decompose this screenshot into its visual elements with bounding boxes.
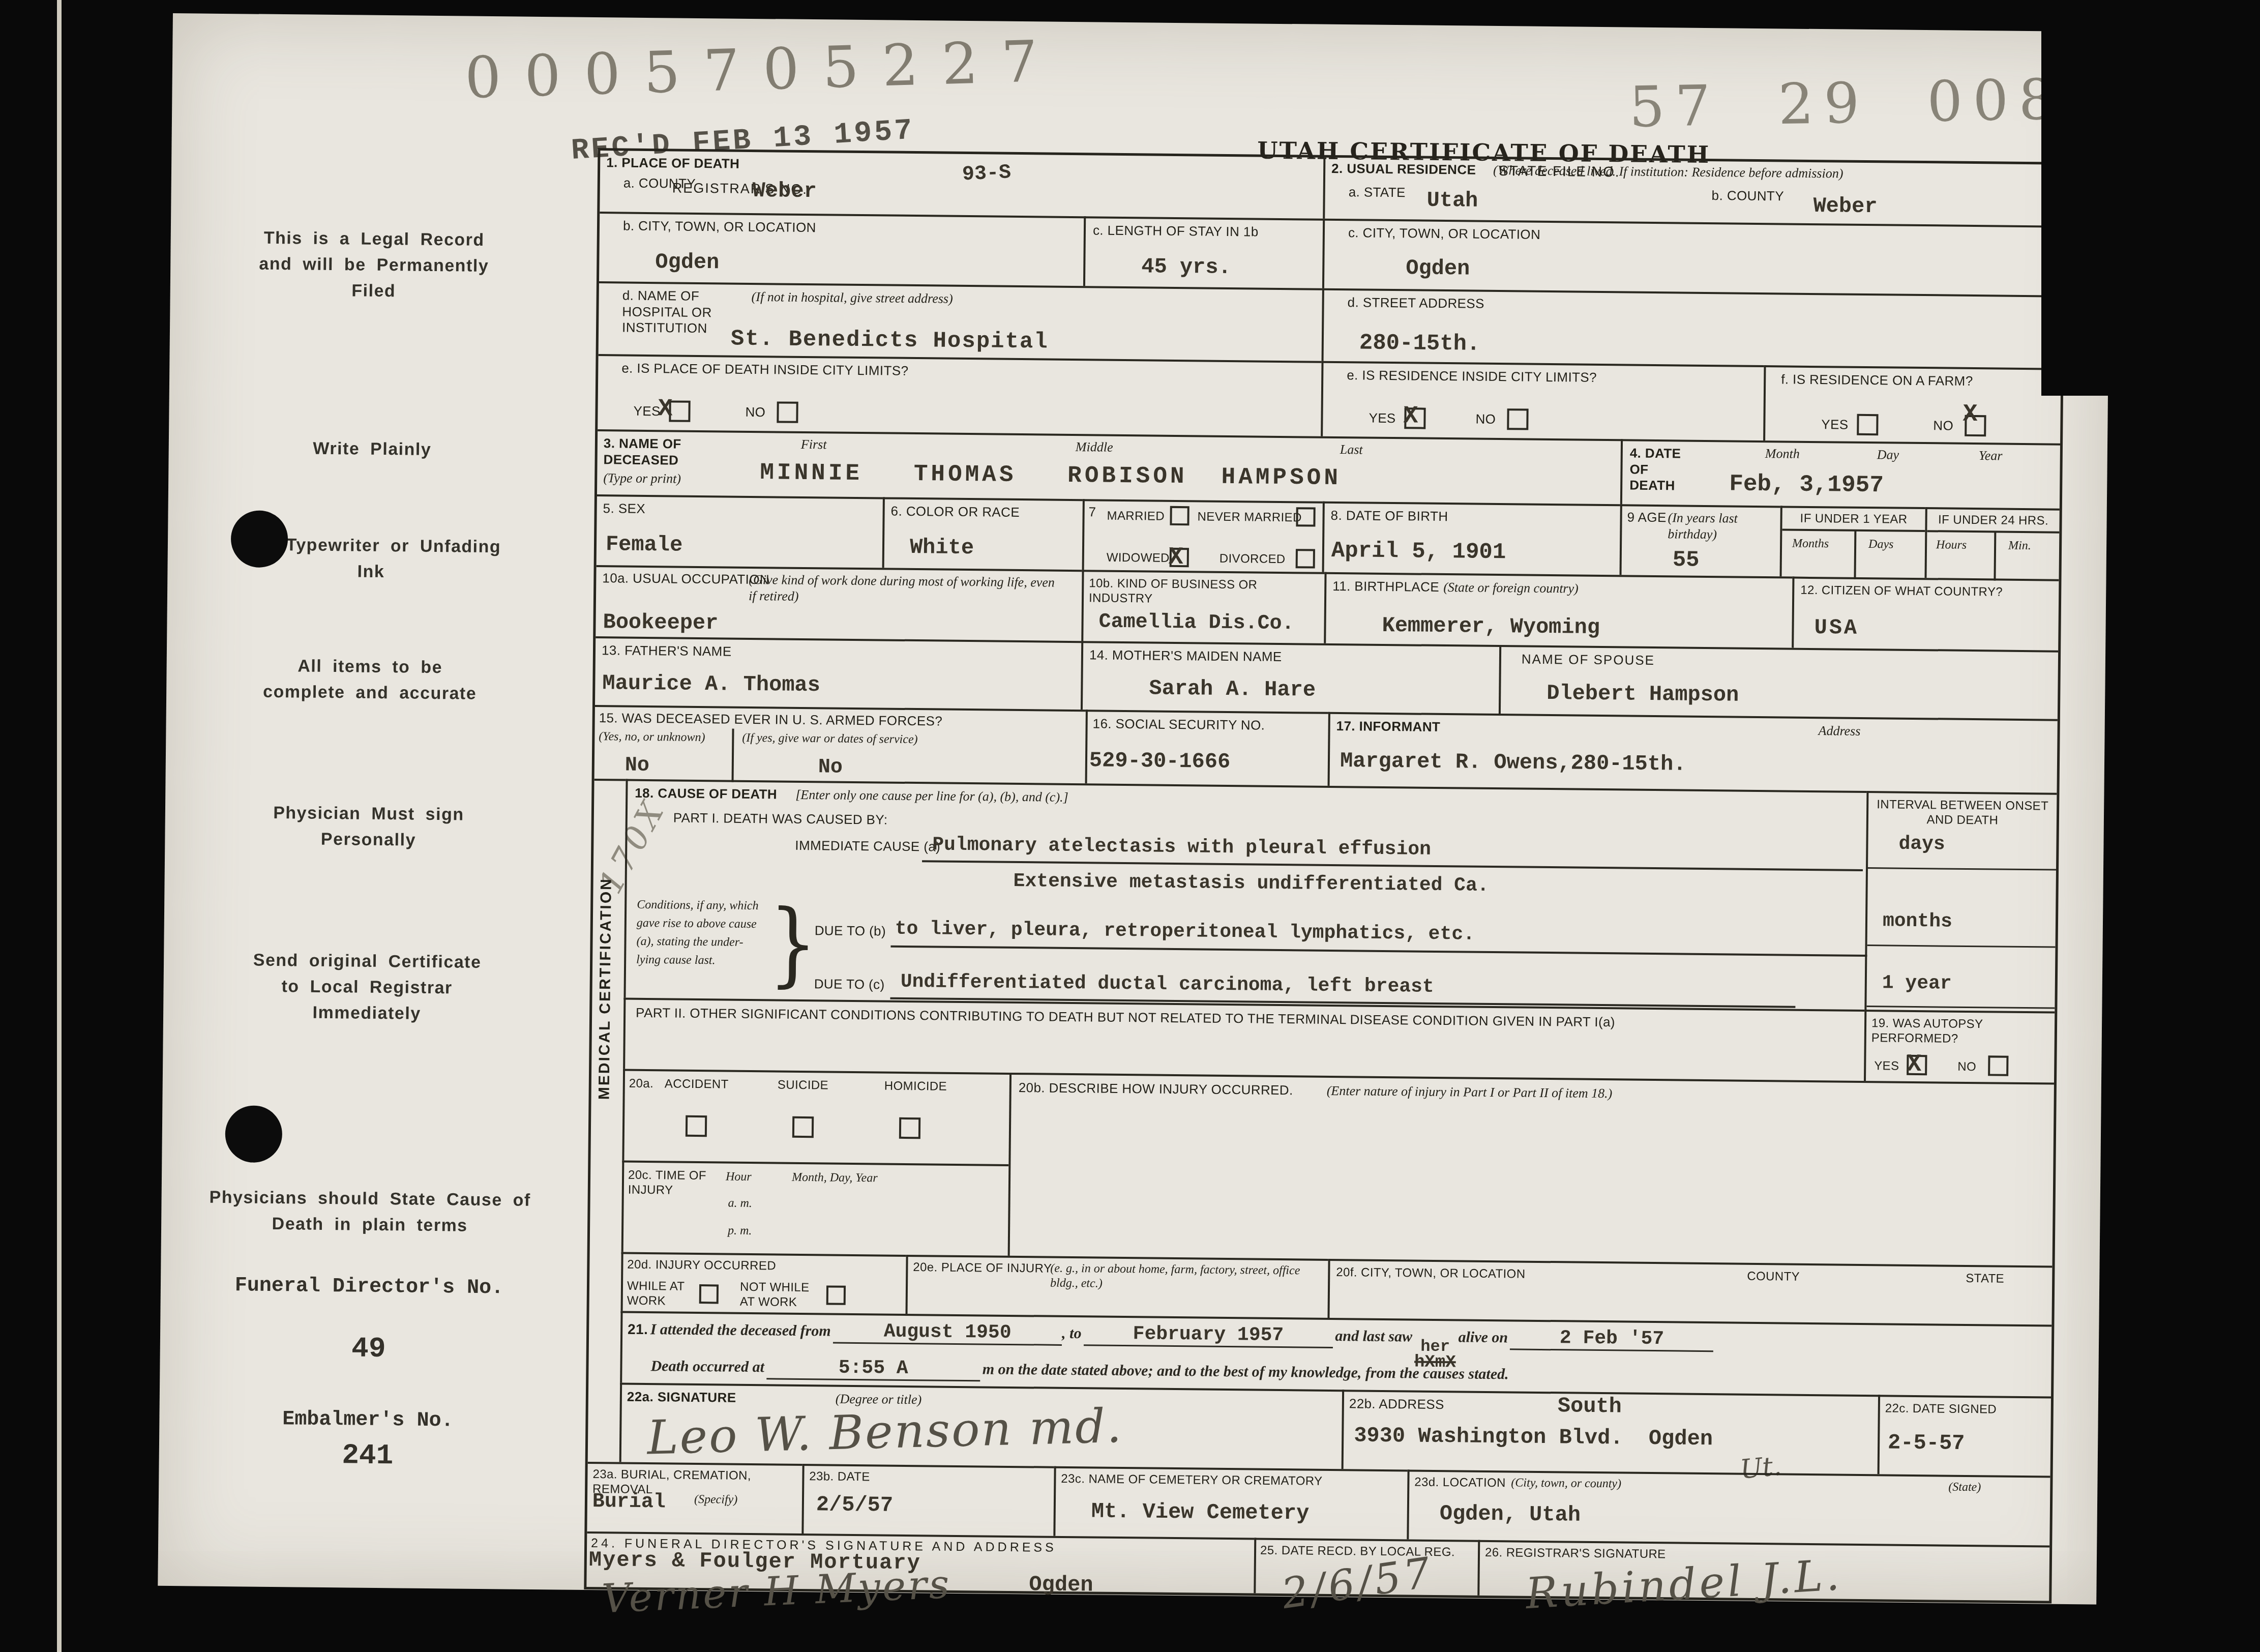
registrar-signature-label: 26. REGISTRAR'S SIGNATURE xyxy=(1485,1545,1666,1562)
field-burial-type: 23a. BURIAL, CREMATION, REMOVAL (Specify… xyxy=(587,1462,802,1533)
field-hospital: d. NAME OF HOSPITAL OR INSTITUTION (If n… xyxy=(599,281,1322,361)
ssn-label: 16. SOCIAL SECURITY NO. xyxy=(1093,716,1265,733)
physician-address-label: 22b. ADDRESS xyxy=(1349,1396,1444,1413)
days-label: Days xyxy=(1868,537,1894,552)
field-death-city-limits: e. IS PLACE OF DEATH INSIDE CITY LIMITS?… xyxy=(598,354,1321,436)
field-name-of-spouse: NAME OF SPOUSE Dlebert Hampson xyxy=(1499,645,2058,719)
field-death-city: b. CITY, TOWN, OR LOCATION Ogden xyxy=(599,212,1084,286)
birthplace-label: 11. BIRTHPLACE xyxy=(1332,578,1439,596)
hospital-label: d. NAME OF HOSPITAL OR INSTITUTION xyxy=(622,288,739,337)
field-name-of-deceased: 3. NAME OF DECEASED (Type or print) Firs… xyxy=(597,429,1621,504)
suicide-label: SUICIDE xyxy=(778,1078,828,1093)
age-hint: (In years last birthday) xyxy=(1668,510,1775,543)
cause-title-hint: [Enter only one cause per line for (a), … xyxy=(795,787,1068,806)
field-part2-conditions: PART II. OTHER SIGNIFICANT CONDITIONS CO… xyxy=(623,998,1864,1081)
spouse-value: Dlebert Hampson xyxy=(1547,681,1739,707)
scan-dark-notch-right xyxy=(2202,1058,2260,1237)
widowed-mark: X xyxy=(1169,544,1183,571)
never-married-label: NEVER MARRIED xyxy=(1197,509,1302,525)
burial-date-label: 23b. DATE xyxy=(809,1469,870,1484)
date-signed-value: 2-5-57 xyxy=(1888,1431,1965,1456)
margin-note-complete-accurate: All items to be complete and accurate xyxy=(258,653,482,707)
field-fathers-name: 13. FATHER'S NAME Maurice A. Thomas xyxy=(595,636,1081,710)
field-mothers-maiden-name: 14. MOTHER'S MAIDEN NAME Sarah A. Hare xyxy=(1081,641,1499,714)
not-while-at-work-checkbox xyxy=(826,1285,846,1305)
farm-yes-checkbox xyxy=(1857,414,1878,435)
autopsy-no-label: NO xyxy=(1957,1059,1976,1075)
informant-value: Margaret R. Owens,280-15th. xyxy=(1340,749,1686,777)
due-to-c-label: DUE TO (c) xyxy=(814,976,885,993)
residence-state-value: Utah xyxy=(1426,188,1478,213)
field-residence-city-limits: e. IS RESIDENCE INSIDE CITY LIMITS? YES … xyxy=(1321,361,1764,440)
field-informant: 17. INFORMANT Address Margaret R. Owens,… xyxy=(1328,712,2058,793)
scan-edge-line xyxy=(57,0,62,1652)
field-describe-injury: 20b. DESCRIBE HOW INJURY OCCURRED. (Ente… xyxy=(1008,1073,2054,1266)
certificate-paper: 0005705227 REC'D FEB 13 1957 REGISTRAR'S… xyxy=(158,13,2112,1604)
attended-t2: , to xyxy=(1062,1325,1082,1342)
residence-county-label: b. COUNTY xyxy=(1712,188,1785,204)
date-received-value: 2/6/57 xyxy=(1278,1548,1437,1618)
birthplace-value: Kemmerer, Wyoming xyxy=(1382,613,1600,640)
county-value: Weber xyxy=(752,179,816,203)
field-interval-onset-death: INTERVAL BETWEEN ONSET AND DEATH days mo… xyxy=(1864,791,2057,1012)
dod-day-header: Day xyxy=(1877,447,1899,463)
burial-date-value: 2/5/57 xyxy=(816,1492,894,1517)
length-of-stay-label: c. LENGTH OF STAY IN 1b xyxy=(1093,222,1259,240)
occupation-hint: (Give kind of work done during most of w… xyxy=(749,572,1064,607)
while-at-work-label: WHILE AT WORK xyxy=(627,1279,694,1309)
hospital-hint: (If not in hospital, give street address… xyxy=(752,289,953,307)
homicide-label: HOMICIDE xyxy=(884,1079,947,1094)
death-city-value: Ogden xyxy=(655,250,719,275)
certificate-form: 1. PLACE OF DEATH a. COUNTY Weber 2. USU… xyxy=(584,148,2065,1604)
race-value: White xyxy=(910,535,974,560)
citizen-value: USA xyxy=(1814,615,1859,640)
pm-label: p. m. xyxy=(728,1224,752,1239)
married-label: MARRIED xyxy=(1107,509,1165,524)
death-occurred-t6: m on the date stated above; and to the b… xyxy=(983,1361,1509,1382)
field-residence-city: c. CITY, TOWN, OR LOCATION Ogden xyxy=(1322,219,2062,296)
injury-city-label: 20f. CITY, TOWN, OR LOCATION xyxy=(1336,1265,1525,1282)
age-value: 55 xyxy=(1673,547,1700,573)
hospital-value: St. Benedicts Hospital xyxy=(731,327,1049,355)
armed-forces-value2: No xyxy=(818,756,843,779)
residence-city-value: Ogden xyxy=(1406,256,1470,281)
street-address-value: 280-15th. xyxy=(1359,330,1480,357)
field-if-under-1-year: IF UNDER 1 YEAR Months Days xyxy=(1780,506,1925,578)
cemetery-label: 23c. NAME OF CEMETERY OR CREMATORY xyxy=(1061,1471,1322,1489)
field-date-of-death: 4. DATE OF DEATH Month Day Year Feb, 3,1… xyxy=(1620,439,2060,508)
residence-limits-no-checkbox xyxy=(1507,408,1528,430)
death-occurred-t5: Death occurred at xyxy=(650,1358,764,1375)
field-burial-date: 23b. DATE 2/5/57 xyxy=(801,1464,1054,1536)
medical-certification-label: MEDICAL CERTIFICATION xyxy=(596,877,616,1100)
death-city-limits-label: e. IS PLACE OF DEATH INSIDE CITY LIMITS? xyxy=(621,361,908,379)
accident-checkbox xyxy=(686,1115,707,1137)
under-24-hrs-label: IF UNDER 24 HRS. xyxy=(1927,512,2059,534)
field-color-or-race: 6. COLOR OR RACE White xyxy=(882,497,1083,570)
autopsy-yes-label: YES xyxy=(1874,1058,1899,1074)
field-cemetery: 23c. NAME OF CEMETERY OR CREMATORY Mt. V… xyxy=(1053,1466,1407,1540)
field-funeral-director: 24. FUNERAL DIRECTOR'S SIGNATURE AND ADD… xyxy=(586,1531,1254,1594)
field-marital-status: 7 MARRIED NEVER MARRIED WIDOWED X DIVORC… xyxy=(1082,499,1323,572)
field-place-of-death-county: 1. PLACE OF DEATH a. COUNTY Weber xyxy=(600,151,1323,219)
field-cause-of-death: 18. CAUSE OF DEATH [Enter only one cause… xyxy=(623,779,1866,1010)
margin-note-plain-terms: Physicians should State Cause of Death i… xyxy=(192,1184,548,1240)
farm-no-label: NO xyxy=(1933,418,1953,434)
interval-line2 xyxy=(1867,945,2056,948)
field-age: 9 AGE (In years last birthday) 55 xyxy=(1620,504,1780,576)
field-residence-farm: f. IS RESIDENCE ON A FARM? YES NO X xyxy=(1763,365,2061,444)
field-place-of-injury: 20e. PLACE OF INJURY (e. g., in or about… xyxy=(906,1255,1328,1318)
name-first-header: First xyxy=(801,436,827,453)
field-business-industry: 10b. KIND OF BUSINESS OR INDUSTRY Camell… xyxy=(1081,570,1324,643)
conditions-note: Conditions, if any, which gave rise to a… xyxy=(636,896,766,970)
residence-limits-yes-mark: X xyxy=(1403,402,1418,430)
father-label: 13. FATHER'S NAME xyxy=(602,642,732,660)
dod-month-header: Month xyxy=(1765,446,1800,462)
sex-label: 5. SEX xyxy=(603,500,646,517)
homicide-checkbox xyxy=(899,1117,920,1139)
interval-label: INTERVAL BETWEEN ONSET AND DEATH xyxy=(1868,797,2057,829)
injury-state-label: STATE xyxy=(1966,1271,2004,1286)
interval-months-value: months xyxy=(1883,910,1952,932)
suicide-checkbox xyxy=(792,1116,814,1138)
death-limits-no-checkbox xyxy=(777,401,798,423)
field-usual-residence: 2. USUAL RESIDENCE (Where deceased lived… xyxy=(1323,158,2063,226)
birthplace-hint: (State or foreign country) xyxy=(1443,579,1579,597)
field-physician-address: 22b. ADDRESS South 3930 Washington Blvd.… xyxy=(1342,1390,1878,1474)
mother-value: Sarah A. Hare xyxy=(1149,676,1316,702)
scan-dark-corner-top-right xyxy=(2041,0,2260,396)
field-birthplace: 11. BIRTHPLACE (State or foreign country… xyxy=(1324,572,1792,648)
margin-note-physician-sign: Physician Must sign Personally xyxy=(261,800,475,854)
date-signed-label: 22c. DATE SIGNED xyxy=(1885,1401,1997,1417)
state-file-number-stamp: 57 29 0081 xyxy=(1628,66,2110,139)
immediate-cause-label: IMMEDIATE CAUSE (a) xyxy=(795,838,940,855)
interval-year-value: 1 year xyxy=(1882,972,1952,994)
injury-county-label: COUNTY xyxy=(1747,1269,1800,1284)
street-address-label: d. STREET ADDRESS xyxy=(1347,294,1484,312)
embalmer-no-label: Embalmer's No. xyxy=(205,1407,530,1433)
hours-label: Hours xyxy=(1936,538,1967,553)
armed-forces-divider xyxy=(732,729,734,782)
conditions-brace: } xyxy=(768,891,817,997)
cause-a1-value: Pulmonary atelectasis with pleural effus… xyxy=(932,834,1431,860)
farm-yes-label: YES xyxy=(1821,417,1849,433)
death-limits-no-label: NO xyxy=(745,404,765,421)
field-usual-occupation: 10a. USUAL OCCUPATION (Give kind of work… xyxy=(596,565,1082,641)
cause-a2-value: Extensive metastasis undifferentiated Ca… xyxy=(1013,870,1489,897)
dod-year-header: Year xyxy=(1979,448,2003,464)
describe-injury-hint: (Enter nature of injury in Part I or Par… xyxy=(1327,1083,1613,1102)
burial-location-value: Ogden, Utah xyxy=(1440,1501,1581,1527)
field-burial-location: 23d. LOCATION (City, town, or county) (S… xyxy=(1407,1469,2050,1545)
informant-address-label: Address xyxy=(1818,723,1860,740)
autopsy-label: 19. WAS AUTOPSY PERFORMED? xyxy=(1871,1016,2045,1047)
deceased-name-hint: (Type or print) xyxy=(603,470,681,487)
length-of-stay-value: 45 yrs. xyxy=(1141,254,1231,280)
residence-limits-yes-label: YES xyxy=(1369,410,1396,427)
embalmer-no-value: 241 xyxy=(225,1438,511,1473)
field-ssn: 16. SOCIAL SECURITY NO. 529-30-1666 xyxy=(1085,710,1328,786)
attended-num: 21. xyxy=(628,1321,648,1337)
time-of-injury-label: 20c. TIME OF INJURY xyxy=(628,1168,715,1198)
cause-b-line xyxy=(890,946,1867,957)
am-label: a. m. xyxy=(728,1196,752,1212)
field-injury-city: 20f. CITY, TOWN, OR LOCATION COUNTY STAT… xyxy=(1327,1259,2052,1325)
never-married-checkbox xyxy=(1296,507,1315,526)
death-time-value: 5:55 A xyxy=(766,1356,980,1381)
field-armed-forces: 15. WAS DECEASED EVER IN U. S. ARMED FOR… xyxy=(594,705,1086,783)
attended-from-value: August 1950 xyxy=(833,1320,1062,1346)
attended-t1: I attended the deceased from xyxy=(650,1321,831,1339)
age-label: 9 AGE xyxy=(1627,509,1666,525)
death-city-label: b. CITY, TOWN, OR LOCATION xyxy=(623,218,816,236)
sex-value: Female xyxy=(606,532,683,557)
due-to-b-label: DUE TO (b) xyxy=(815,923,886,939)
burial-location-state-hint: (State) xyxy=(1948,1480,1981,1495)
autopsy-yes-mark: X xyxy=(1907,1051,1921,1078)
cause-title: 18. CAUSE OF DEATH xyxy=(635,785,777,803)
usual-residence-title: 2. USUAL RESIDENCE xyxy=(1331,161,1476,178)
race-label: 6. COLOR OR RACE xyxy=(891,504,1020,521)
deceased-name-title: 3. NAME OF DECEASED xyxy=(603,435,690,468)
margin-note-send-original: Send original Certificate to Local Regis… xyxy=(245,947,489,1027)
cemetery-value: Mt. View Cemetery xyxy=(1091,1499,1310,1525)
date-of-death-value: Feb, 3,1957 xyxy=(1729,470,1884,498)
under-1-year-label: IF UNDER 1 YEAR xyxy=(1782,511,1925,532)
months-label: Months xyxy=(1792,537,1829,552)
burial-location-hint: (City, town, or county) xyxy=(1511,1476,1621,1491)
hours-min-divider xyxy=(1994,532,1996,580)
dob-label: 8. DATE OF BIRTH xyxy=(1330,508,1448,525)
occupation-value: Bookeeper xyxy=(603,610,718,635)
divorced-checkbox xyxy=(1296,549,1315,568)
residence-county-value: Weber xyxy=(1813,194,1877,219)
mother-label: 14. MOTHER'S MAIDEN NAME xyxy=(1089,647,1282,665)
field-length-of-stay: c. LENGTH OF STAY IN 1b 45 yrs. xyxy=(1083,216,1323,288)
citizen-label: 12. CITIZEN OF WHAT COUNTRY? xyxy=(1800,583,2003,600)
her-typed: her xyxy=(1420,1339,1450,1355)
physician-signature-value: Leo W. Benson md. xyxy=(646,1399,1123,1465)
months-days-divider xyxy=(1854,531,1856,579)
dob-value: April 5, 1901 xyxy=(1331,538,1506,565)
field-autopsy: 19. WAS AUTOPSY PERFORMED? YES X NO xyxy=(1864,1010,2055,1083)
hour-label: Hour xyxy=(726,1170,752,1185)
part1-label: PART I. DEATH WAS CAUSED BY: xyxy=(673,810,888,829)
field-date-received: 25. DATE RECD. BY LOCAL REG. 2/6/57 xyxy=(1254,1538,1478,1596)
residence-limits-label: e. IS RESIDENCE INSIDE CITY LIMITS? xyxy=(1347,367,1597,386)
accident-label: ACCIDENT xyxy=(665,1076,729,1091)
burial-value: Burial xyxy=(592,1490,666,1514)
usual-residence-hint: (Where deceased lived. If institution: R… xyxy=(1493,162,2053,184)
describe-injury-label: 20b. DESCRIBE HOW INJURY OCCURRED. xyxy=(1019,1080,1293,1099)
attended-t3: and last saw xyxy=(1335,1327,1412,1345)
funeral-home-city: Ogden xyxy=(1029,1572,1093,1597)
business-label: 10b. KIND OF BUSINESS OR INDUSTRY xyxy=(1089,576,1318,608)
armed-forces-value1: No xyxy=(625,754,649,777)
ssn-value: 529-30-1666 xyxy=(1089,748,1231,774)
widowed-label: WIDOWED xyxy=(1107,550,1170,566)
death-limits-yes-label: YES xyxy=(633,403,661,420)
residence-state-label: a. STATE xyxy=(1349,184,1406,201)
interval-line1 xyxy=(1868,867,2056,871)
while-at-work-checkbox xyxy=(699,1284,719,1304)
farm-label: f. IS RESIDENCE ON A FARM? xyxy=(1781,371,1973,389)
margin-note-legal-record: This is a Legal Record and will be Perma… xyxy=(257,225,491,305)
margin-note-write-plainly: Write Plainly xyxy=(220,435,525,464)
attended-t4: alive on xyxy=(1458,1329,1508,1346)
physician-signature-label: 22a. SIGNATURE xyxy=(627,1389,736,1406)
field-date-signed: 22c. DATE SIGNED 2-5-57 xyxy=(1878,1395,2051,1476)
field-attended-statement: 21. I attended the deceased from August … xyxy=(620,1311,2051,1397)
date-of-death-title: 4. DATE OF DEATH xyxy=(1629,446,1686,494)
occupation-label: 10a. USUAL OCCUPATION xyxy=(602,570,769,588)
name-middle-header: Middle xyxy=(1076,439,1113,455)
punch-hole-top xyxy=(231,510,288,568)
married-checkbox xyxy=(1170,506,1189,525)
interval-line3 xyxy=(1866,1006,2055,1009)
min-label: Min. xyxy=(2008,539,2031,554)
cause-a-line xyxy=(922,860,1863,871)
field-street-address: d. STREET ADDRESS 280-15th. xyxy=(1322,288,2062,368)
farm-no-mark: X xyxy=(1962,401,1977,428)
not-while-at-work-label: NOT WHILE AT WORK xyxy=(740,1280,817,1310)
injury-occurred-label: 20d. INJURY OCCURRED xyxy=(627,1257,776,1274)
cause-b-value: to liver, pleura, retroperitoneal lympha… xyxy=(895,918,1475,946)
physician-address-south: South xyxy=(1558,1394,1622,1419)
field-injury-occurred: 20d. INJURY OCCURRED WHILE AT WORK NOT W… xyxy=(621,1252,906,1314)
informant-label: 17. INFORMANT xyxy=(1336,718,1440,735)
funeral-director-no-value: 49 xyxy=(226,1331,512,1366)
physician-address-value: 3930 Washington Blvd. Ogden xyxy=(1354,1423,1713,1451)
armed-forces-hint2: (If yes, give war or dates of service) xyxy=(742,731,956,748)
marital-num: 7 xyxy=(1089,504,1096,520)
field-20a-num: 20a. xyxy=(629,1076,654,1091)
funeral-director-no-label: Funeral Director's No. xyxy=(227,1274,512,1300)
last-seen-value: 2 Feb '57 xyxy=(1510,1326,1713,1352)
deceased-name-value: MINNIE THOMAS ROBISON HAMPSON xyxy=(760,459,1341,491)
place-of-injury-label: 20e. PLACE OF INJURY xyxy=(913,1260,1052,1276)
divorced-label: DIVORCED xyxy=(1220,551,1286,567)
field-if-under-24-hrs: IF UNDER 24 HRS. Hours Min. xyxy=(1925,507,2060,579)
autopsy-no-checkbox xyxy=(1988,1055,2008,1076)
field-registrar-signature: 26. REGISTRAR'S SIGNATURE Rubindel J.L. xyxy=(1477,1540,2049,1601)
place-of-death-title: 1. PLACE OF DEATH xyxy=(606,155,739,172)
county-label: a. COUNTY xyxy=(623,175,696,192)
field-time-of-injury: 20c. TIME OF INJURY Hour Month, Day, Yea… xyxy=(621,1161,1009,1256)
field-sex: 5. SEX Female xyxy=(597,494,883,568)
cause-c-value: Undifferentiated ductal carcinoma, left … xyxy=(901,971,1434,998)
armed-forces-hint1: (Yes, no, or unknown) xyxy=(599,729,705,745)
armed-forces-label: 15. WAS DECEASED EVER IN U. S. ARMED FOR… xyxy=(599,710,943,729)
serial-number-stamp: 0005705227 xyxy=(464,28,1062,111)
interval-days-value: days xyxy=(1898,833,1945,855)
punch-hole-bottom xyxy=(225,1105,282,1163)
place-of-injury-hint: (e. g., in or about home, farm, factory,… xyxy=(1050,1261,1325,1294)
residence-city-label: c. CITY, TOWN, OR LOCATION xyxy=(1348,225,1541,243)
death-limits-yes-mark: X xyxy=(658,395,672,423)
burial-hint: (Specify) xyxy=(694,1492,738,1508)
scanned-death-certificate: { "stamps": { "serial": "0005705227", "r… xyxy=(0,0,2260,1652)
mdy-label: Month, Day, Year xyxy=(792,1170,878,1186)
part2-text: PART II. OTHER SIGNIFICANT CONDITIONS CO… xyxy=(636,1005,1856,1033)
attended-to-value: February 1957 xyxy=(1084,1322,1333,1348)
name-last-header: Last xyxy=(1340,441,1363,458)
father-value: Maurice A. Thomas xyxy=(602,671,820,697)
residence-limits-no-label: NO xyxy=(1475,411,1496,428)
spouse-label: NAME OF SPOUSE xyxy=(1522,652,1655,669)
burial-location-label: 23d. LOCATION xyxy=(1414,1475,1506,1491)
field-date-of-birth: 8. DATE OF BIRTH April 5, 1901 xyxy=(1322,501,1620,575)
field-physician-signature: 22a. SIGNATURE (Degree or title) Leo W. … xyxy=(619,1383,1342,1469)
business-value: Camellia Dis.Co. xyxy=(1098,611,1294,636)
field-citizen: 12. CITIZEN OF WHAT COUNTRY? USA xyxy=(1792,577,2059,651)
field-accident-suicide-homicide: 20a. ACCIDENT SUICIDE HOMICIDE xyxy=(622,1069,1009,1164)
